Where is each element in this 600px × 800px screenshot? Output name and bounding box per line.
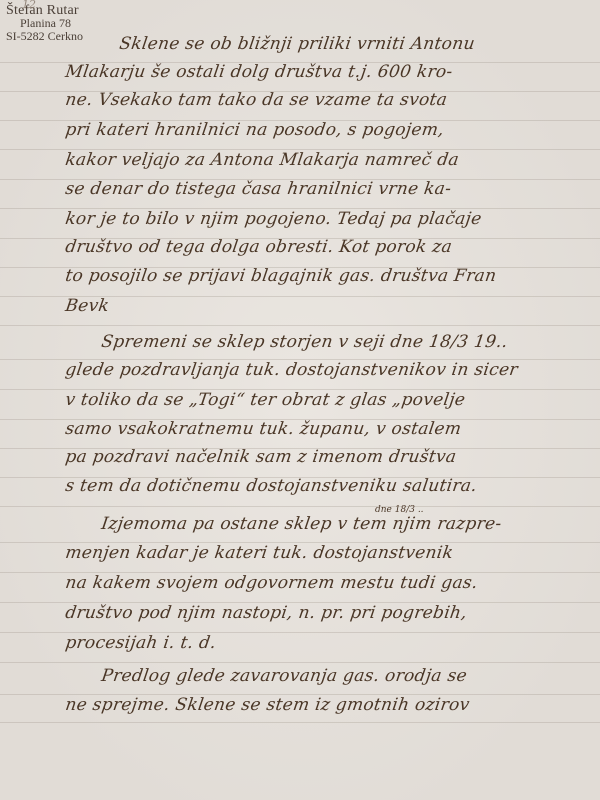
manuscript-line: menjen kadar je kateri tuk. dostojanstve… bbox=[64, 543, 455, 563]
ruling-line bbox=[0, 506, 600, 507]
manuscript-line: Bevk bbox=[64, 296, 110, 316]
ruling-line bbox=[0, 722, 600, 723]
scanned-manuscript-page: Štefan Rutar Planina 78 SI-5282 Cerkno 1… bbox=[0, 0, 600, 800]
manuscript-line: ne sprejme. Sklene se stem iz gmotnih oz… bbox=[64, 695, 471, 715]
manuscript-line: društvo od tega dolga obresti. Kot porok… bbox=[64, 237, 453, 257]
manuscript-line: na kakem svojem odgovornem mestu tudi ga… bbox=[64, 573, 479, 593]
ruling-line bbox=[0, 325, 600, 326]
manuscript-line: v toliko da se „Togi“ ter obrat z glas „… bbox=[64, 390, 467, 410]
manuscript-line: pa pozdravi načelnik sam z imenom društv… bbox=[64, 447, 458, 467]
owner-stamp: Štefan Rutar Planina 78 SI-5282 Cerkno bbox=[6, 4, 96, 43]
manuscript-line: Spremeni se sklep storjen v seji dne 18/… bbox=[100, 332, 509, 352]
manuscript-line: samo vsakokratnemu tuk. županu, v ostale… bbox=[64, 419, 463, 439]
page-number: 12 bbox=[22, 0, 36, 11]
manuscript-line: Izjemoma pa ostane sklep v tem njim razp… bbox=[100, 514, 503, 534]
manuscript-line: kakor veljajo za Antona Mlakarja namreč … bbox=[64, 150, 460, 170]
manuscript-line: kor je to bilo v njim pogojeno. Tedaj pa… bbox=[64, 209, 483, 229]
manuscript-line: glede pozdravljanja tuk. dostojanstvenik… bbox=[64, 360, 519, 380]
stamp-postal: SI-5282 Cerkno bbox=[6, 30, 96, 43]
manuscript-line: Sklene se ob bližnji priliki vrniti Anto… bbox=[118, 34, 476, 54]
manuscript-line: s tem da dotičnemu dostojanstveniku salu… bbox=[64, 476, 478, 496]
manuscript-line: procesijah i. t. d. bbox=[64, 633, 217, 653]
manuscript-line: Predlog glede zavarovanja gas. orodja se bbox=[100, 666, 468, 686]
manuscript-line: ne. Vsekako tam tako da se vzame ta svot… bbox=[64, 90, 449, 110]
ruling-line bbox=[0, 662, 600, 663]
manuscript-line: se denar do tistega časa hranilnici vrne… bbox=[64, 179, 453, 199]
manuscript-line: Mlakarju še ostali dolg društva t.j. 600… bbox=[64, 62, 454, 82]
manuscript-line: to posojilo se prijavi blagajnik gas. dr… bbox=[64, 266, 498, 286]
manuscript-line: pri kateri hranilnici na posodo, s pogoj… bbox=[64, 120, 445, 140]
manuscript-line: društvo pod njim nastopi, n. pr. pri pog… bbox=[64, 603, 468, 623]
